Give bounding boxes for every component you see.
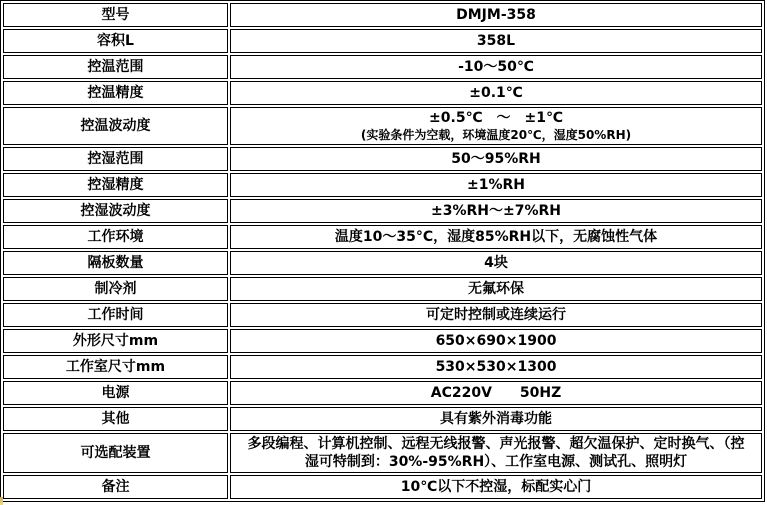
spec-label: 工作时间 <box>3 303 228 327</box>
spec-value: DMJM-358 <box>230 3 762 27</box>
spec-value-text: AC220V 50HZ <box>241 384 751 402</box>
spec-value-text: 530×530×1300 <box>241 358 751 376</box>
spec-value-text: 具有紫外消毒功能 <box>241 410 751 428</box>
spec-value-text: 多段编程、计算机控制、远程无线报警、声光报警、超欠温保护、定时换气、（控湿可特制… <box>241 435 751 471</box>
spec-value-text: 温度10～35°C，湿度85%RH以下，无腐蚀性气体 <box>241 228 751 246</box>
spec-value-text: -10～50℃ <box>241 58 751 76</box>
spec-label: 备注 <box>3 475 228 499</box>
spec-value: 温度10～35°C，湿度85%RH以下，无腐蚀性气体 <box>230 225 762 249</box>
table-row: 外形尺寸mm650×690×1900 <box>3 329 762 353</box>
table-row: 控湿波动度±3%RH～±7%RH <box>3 199 762 223</box>
spec-value-text: 10℃以下不控湿，标配实心门 <box>241 478 751 496</box>
table-row: 可选配装置多段编程、计算机控制、远程无线报警、声光报警、超欠温保护、定时换气、（… <box>3 433 762 473</box>
table-row: 工作环境温度10～35°C，湿度85%RH以下，无腐蚀性气体 <box>3 225 762 249</box>
spec-value-text: ±0.1℃ <box>241 84 751 102</box>
spec-value: 10℃以下不控湿，标配实心门 <box>230 475 762 499</box>
spec-label: 隔板数量 <box>3 251 228 275</box>
spec-label: 控温范围 <box>3 55 228 79</box>
spec-value-text: ±3%RH～±7%RH <box>241 202 751 220</box>
table-row: 隔板数量4块 <box>3 251 762 275</box>
table-row: 电源AC220V 50HZ <box>3 381 762 405</box>
spec-value: ±1%RH <box>230 173 762 197</box>
table-row: 容积L358L <box>3 29 762 53</box>
spec-table-body: 型号DMJM-358容积L358L控温范围-10～50℃控温精度±0.1℃控温波… <box>3 3 762 499</box>
spec-label: 控湿波动度 <box>3 199 228 223</box>
table-row: 工作室尺寸mm530×530×1300 <box>3 355 762 379</box>
spec-value: 358L <box>230 29 762 53</box>
spec-value: ±3%RH～±7%RH <box>230 199 762 223</box>
spec-label: 控湿精度 <box>3 173 228 197</box>
bottom-left-artifact <box>0 497 3 505</box>
spec-label: 型号 <box>3 3 228 27</box>
spec-label: 电源 <box>3 381 228 405</box>
spec-label: 控湿范围 <box>3 147 228 171</box>
spec-value-text: 50～95%RH <box>241 150 751 168</box>
table-row: 控温精度±0.1℃ <box>3 81 762 105</box>
spec-value-text: DMJM-358 <box>241 6 751 24</box>
spec-label: 工作环境 <box>3 225 228 249</box>
spec-value: 530×530×1300 <box>230 355 762 379</box>
table-row: 控温范围-10～50℃ <box>3 55 762 79</box>
spec-value: ±0.5℃ ～ ±1℃(实验条件为空载，环境温度20℃，湿度50%RH) <box>230 107 762 145</box>
spec-label: 制冷剂 <box>3 277 228 301</box>
spec-value-text: 可定时控制或连续运行 <box>241 306 751 324</box>
spec-value: 可定时控制或连续运行 <box>230 303 762 327</box>
spec-value: 4块 <box>230 251 762 275</box>
table-row: 控湿精度±1%RH <box>3 173 762 197</box>
spec-value: 多段编程、计算机控制、远程无线报警、声光报警、超欠温保护、定时换气、（控湿可特制… <box>230 433 762 473</box>
spec-label: 其他 <box>3 407 228 431</box>
spec-value: 具有紫外消毒功能 <box>230 407 762 431</box>
spec-value-text: ±1%RH <box>241 176 751 194</box>
spec-label: 外形尺寸mm <box>3 329 228 353</box>
spec-value: -10～50℃ <box>230 55 762 79</box>
spec-value: AC220V 50HZ <box>230 381 762 405</box>
spec-value-text: 4块 <box>241 254 751 272</box>
spec-value: 50～95%RH <box>230 147 762 171</box>
spec-value-text: ±0.5℃ ～ ±1℃ <box>241 109 751 127</box>
spec-value: 无氟环保 <box>230 277 762 301</box>
spec-sheet-screen: 型号DMJM-358容积L358L控温范围-10～50℃控温精度±0.1℃控温波… <box>0 0 767 505</box>
spec-value-text: 无氟环保 <box>241 280 751 298</box>
spec-value-note: (实验条件为空载，环境温度20℃，湿度50%RH) <box>241 127 751 143</box>
spec-value-text: 358L <box>241 32 751 50</box>
table-row: 备注10℃以下不控湿，标配实心门 <box>3 475 762 499</box>
spec-table: 型号DMJM-358容积L358L控温范围-10～50℃控温精度±0.1℃控温波… <box>0 0 765 502</box>
table-row: 其他具有紫外消毒功能 <box>3 407 762 431</box>
table-row: 工作时间可定时控制或连续运行 <box>3 303 762 327</box>
spec-value: 650×690×1900 <box>230 329 762 353</box>
table-row: 型号DMJM-358 <box>3 3 762 27</box>
spec-label: 可选配装置 <box>3 433 228 473</box>
spec-label: 容积L <box>3 29 228 53</box>
spec-label: 控温精度 <box>3 81 228 105</box>
table-row: 控温波动度±0.5℃ ～ ±1℃(实验条件为空载，环境温度20℃，湿度50%RH… <box>3 107 762 145</box>
spec-value-text: 650×690×1900 <box>241 332 751 350</box>
spec-label: 工作室尺寸mm <box>3 355 228 379</box>
table-row: 制冷剂无氟环保 <box>3 277 762 301</box>
table-row: 控湿范围50～95%RH <box>3 147 762 171</box>
spec-label: 控温波动度 <box>3 107 228 145</box>
spec-value: ±0.1℃ <box>230 81 762 105</box>
